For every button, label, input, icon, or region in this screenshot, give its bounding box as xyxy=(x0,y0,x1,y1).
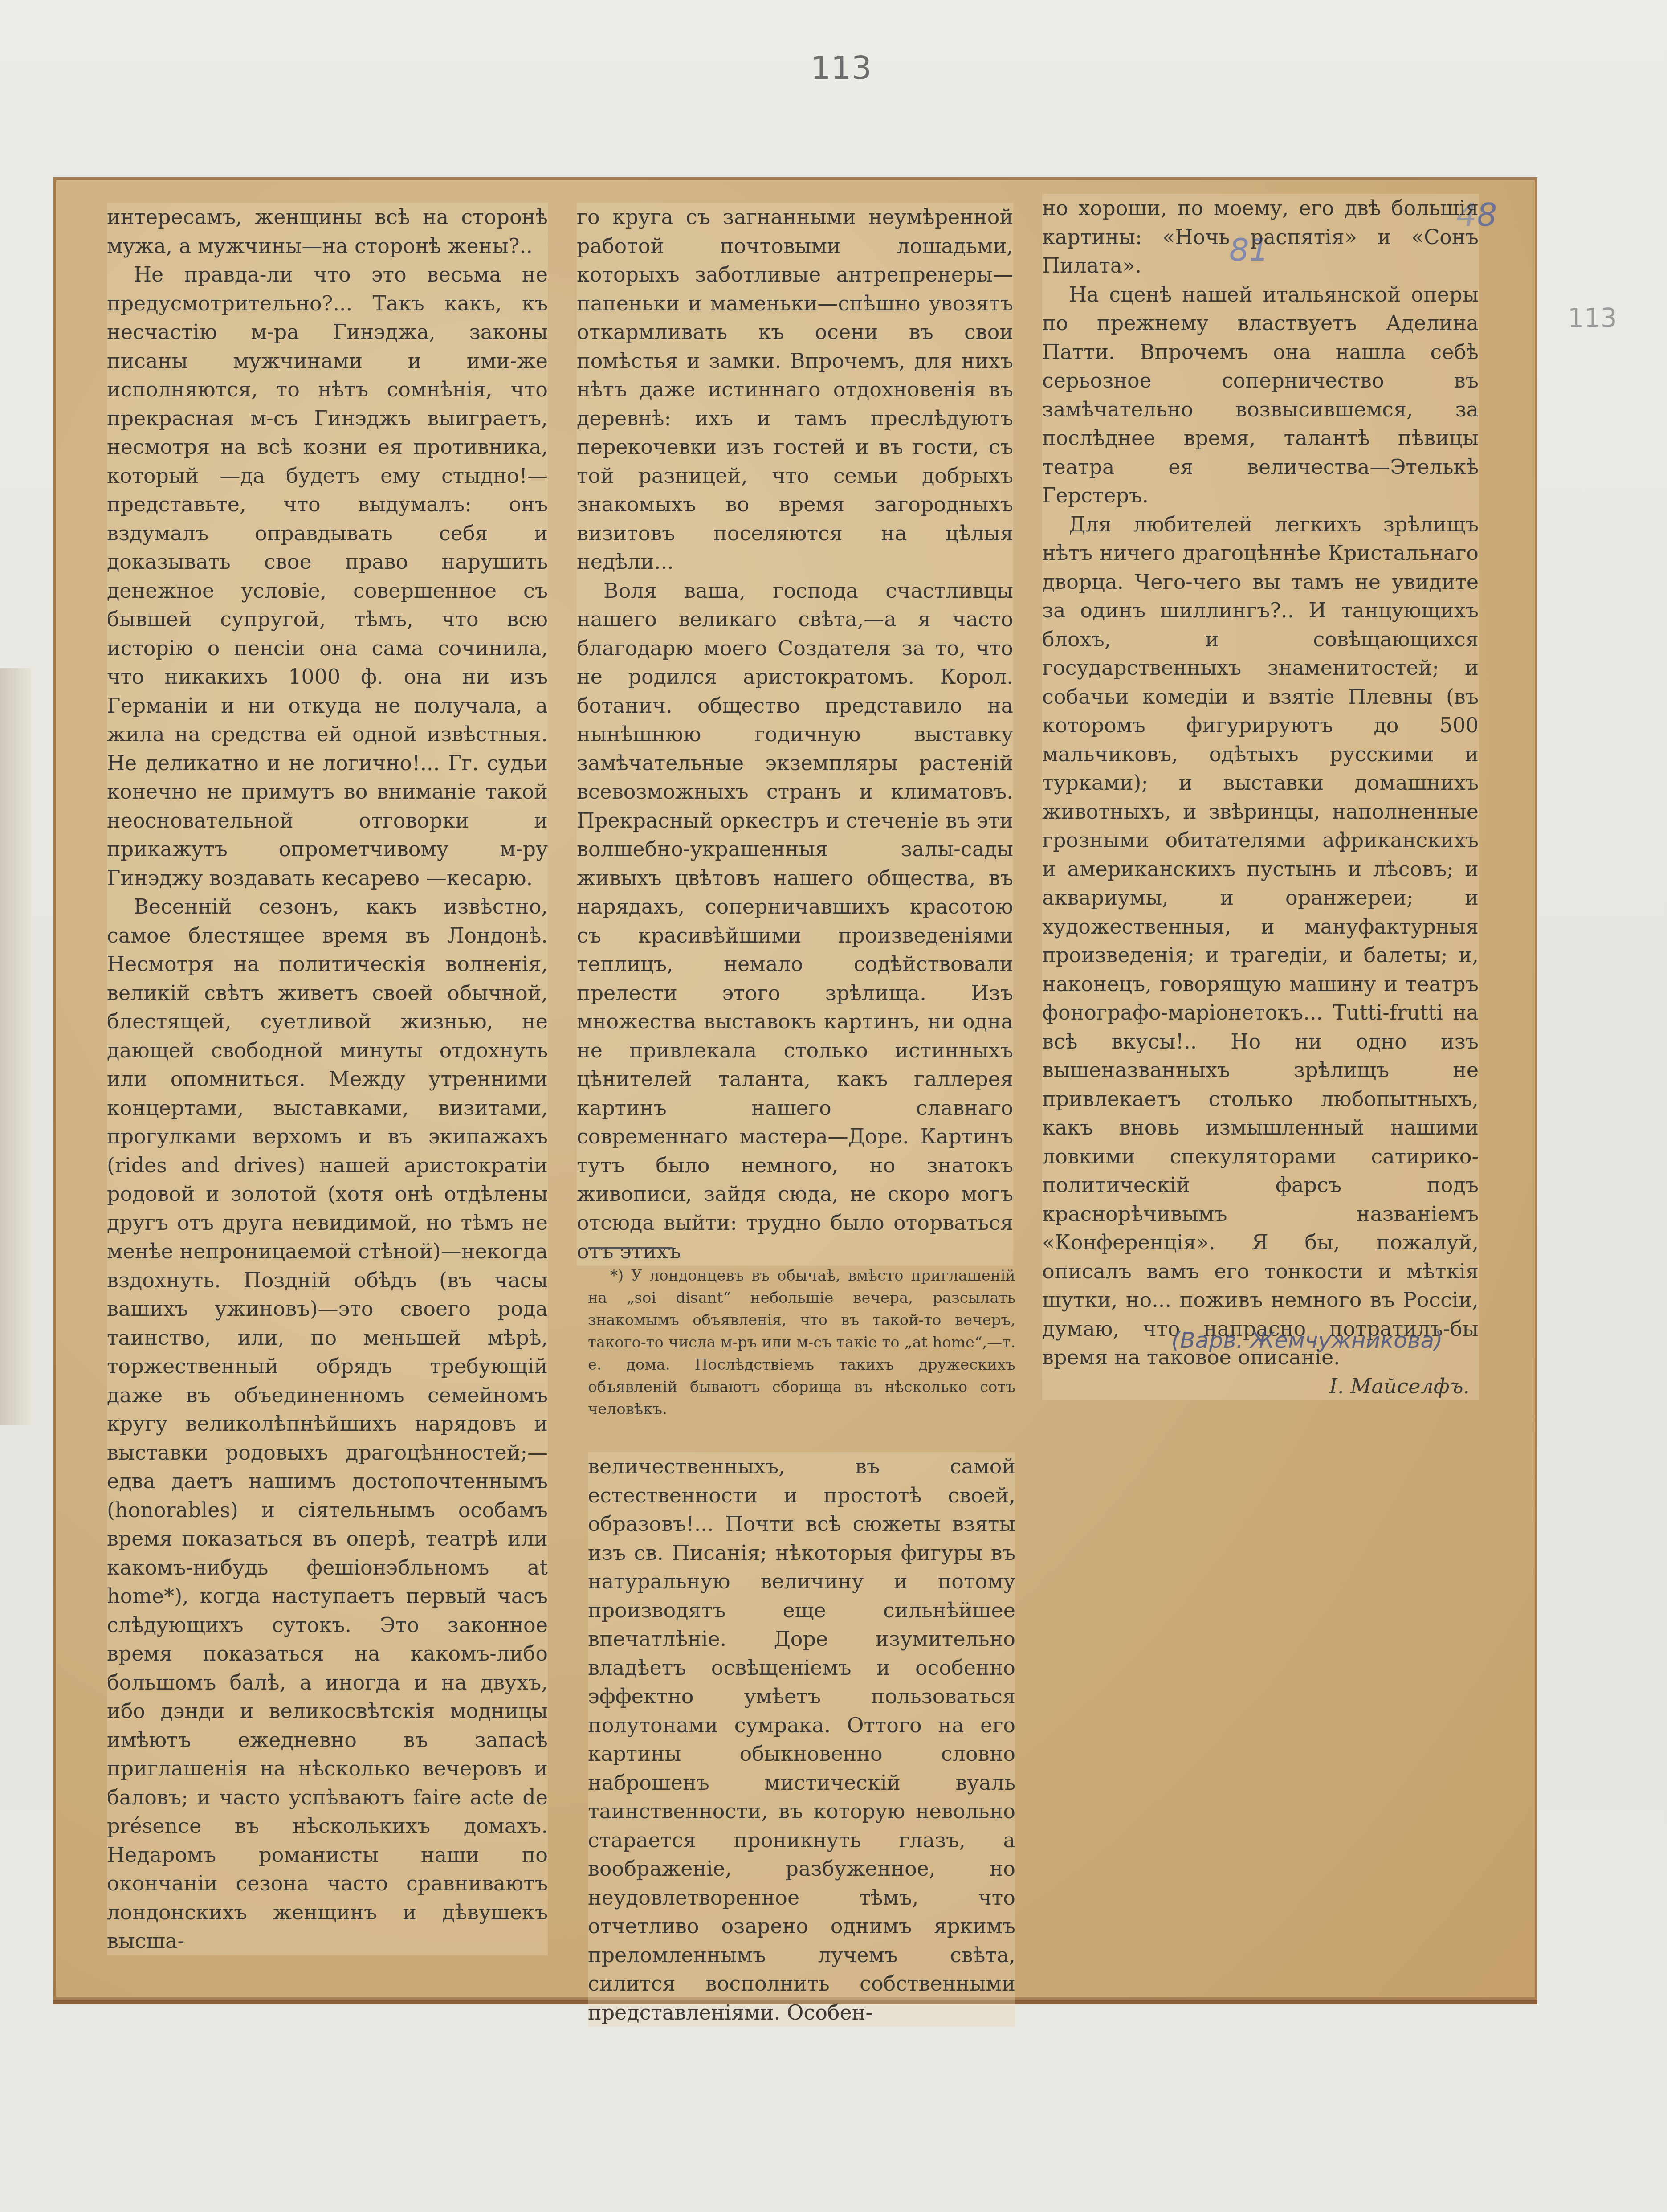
author-signature: І. Майселфъ. xyxy=(1042,1372,1479,1401)
footnote-block: *) У лондонцевъ въ обычаѣ, вмѣсто пригла… xyxy=(588,1243,1015,1436)
column-right: но хороши, по моему, его двѣ большія кар… xyxy=(1042,194,1479,1400)
page-number-top: 113 xyxy=(811,49,872,86)
paragraph: величественныхъ, въ самой естественности… xyxy=(588,1452,1015,2027)
page-number-side: 113 xyxy=(1568,303,1617,333)
paragraph: интересамъ, женщины всѣ на сторонѣ мужа,… xyxy=(107,203,548,260)
binding-edge xyxy=(0,668,31,1425)
paragraph: Не правда-ли что это весьма не предусмот… xyxy=(107,260,548,892)
paragraph: Для любителей легкихъ зрѣлищъ нѣтъ ничег… xyxy=(1042,510,1479,1372)
paragraph: На сценѣ нашей итальянской оперы по преж… xyxy=(1042,280,1479,510)
column-middle-continued: величественныхъ, въ самой естественности… xyxy=(588,1452,1015,2027)
paragraph: но хороши, по моему, его двѣ большія кар… xyxy=(1042,194,1479,280)
footnote: *) У лондонцевъ въ обычаѣ, вмѣсто пригла… xyxy=(588,1265,1015,1420)
paragraph: Воля ваша, господа счастливцы нашего вел… xyxy=(577,576,1013,1266)
column-left: интересамъ, женщины всѣ на сторонѣ мужа,… xyxy=(107,203,548,1955)
footnote-rule xyxy=(588,1247,673,1249)
paragraph: го круга съ загнанными неумѣренной работ… xyxy=(577,203,1013,576)
paragraph: Весенній сезонъ, какъ извѣстно, самое бл… xyxy=(107,892,548,1955)
column-middle: го круга съ загнанными неумѣренной работ… xyxy=(577,203,1013,1266)
handwritten-attribution: (Варв. Жемчужникова) xyxy=(1171,1327,1443,1353)
